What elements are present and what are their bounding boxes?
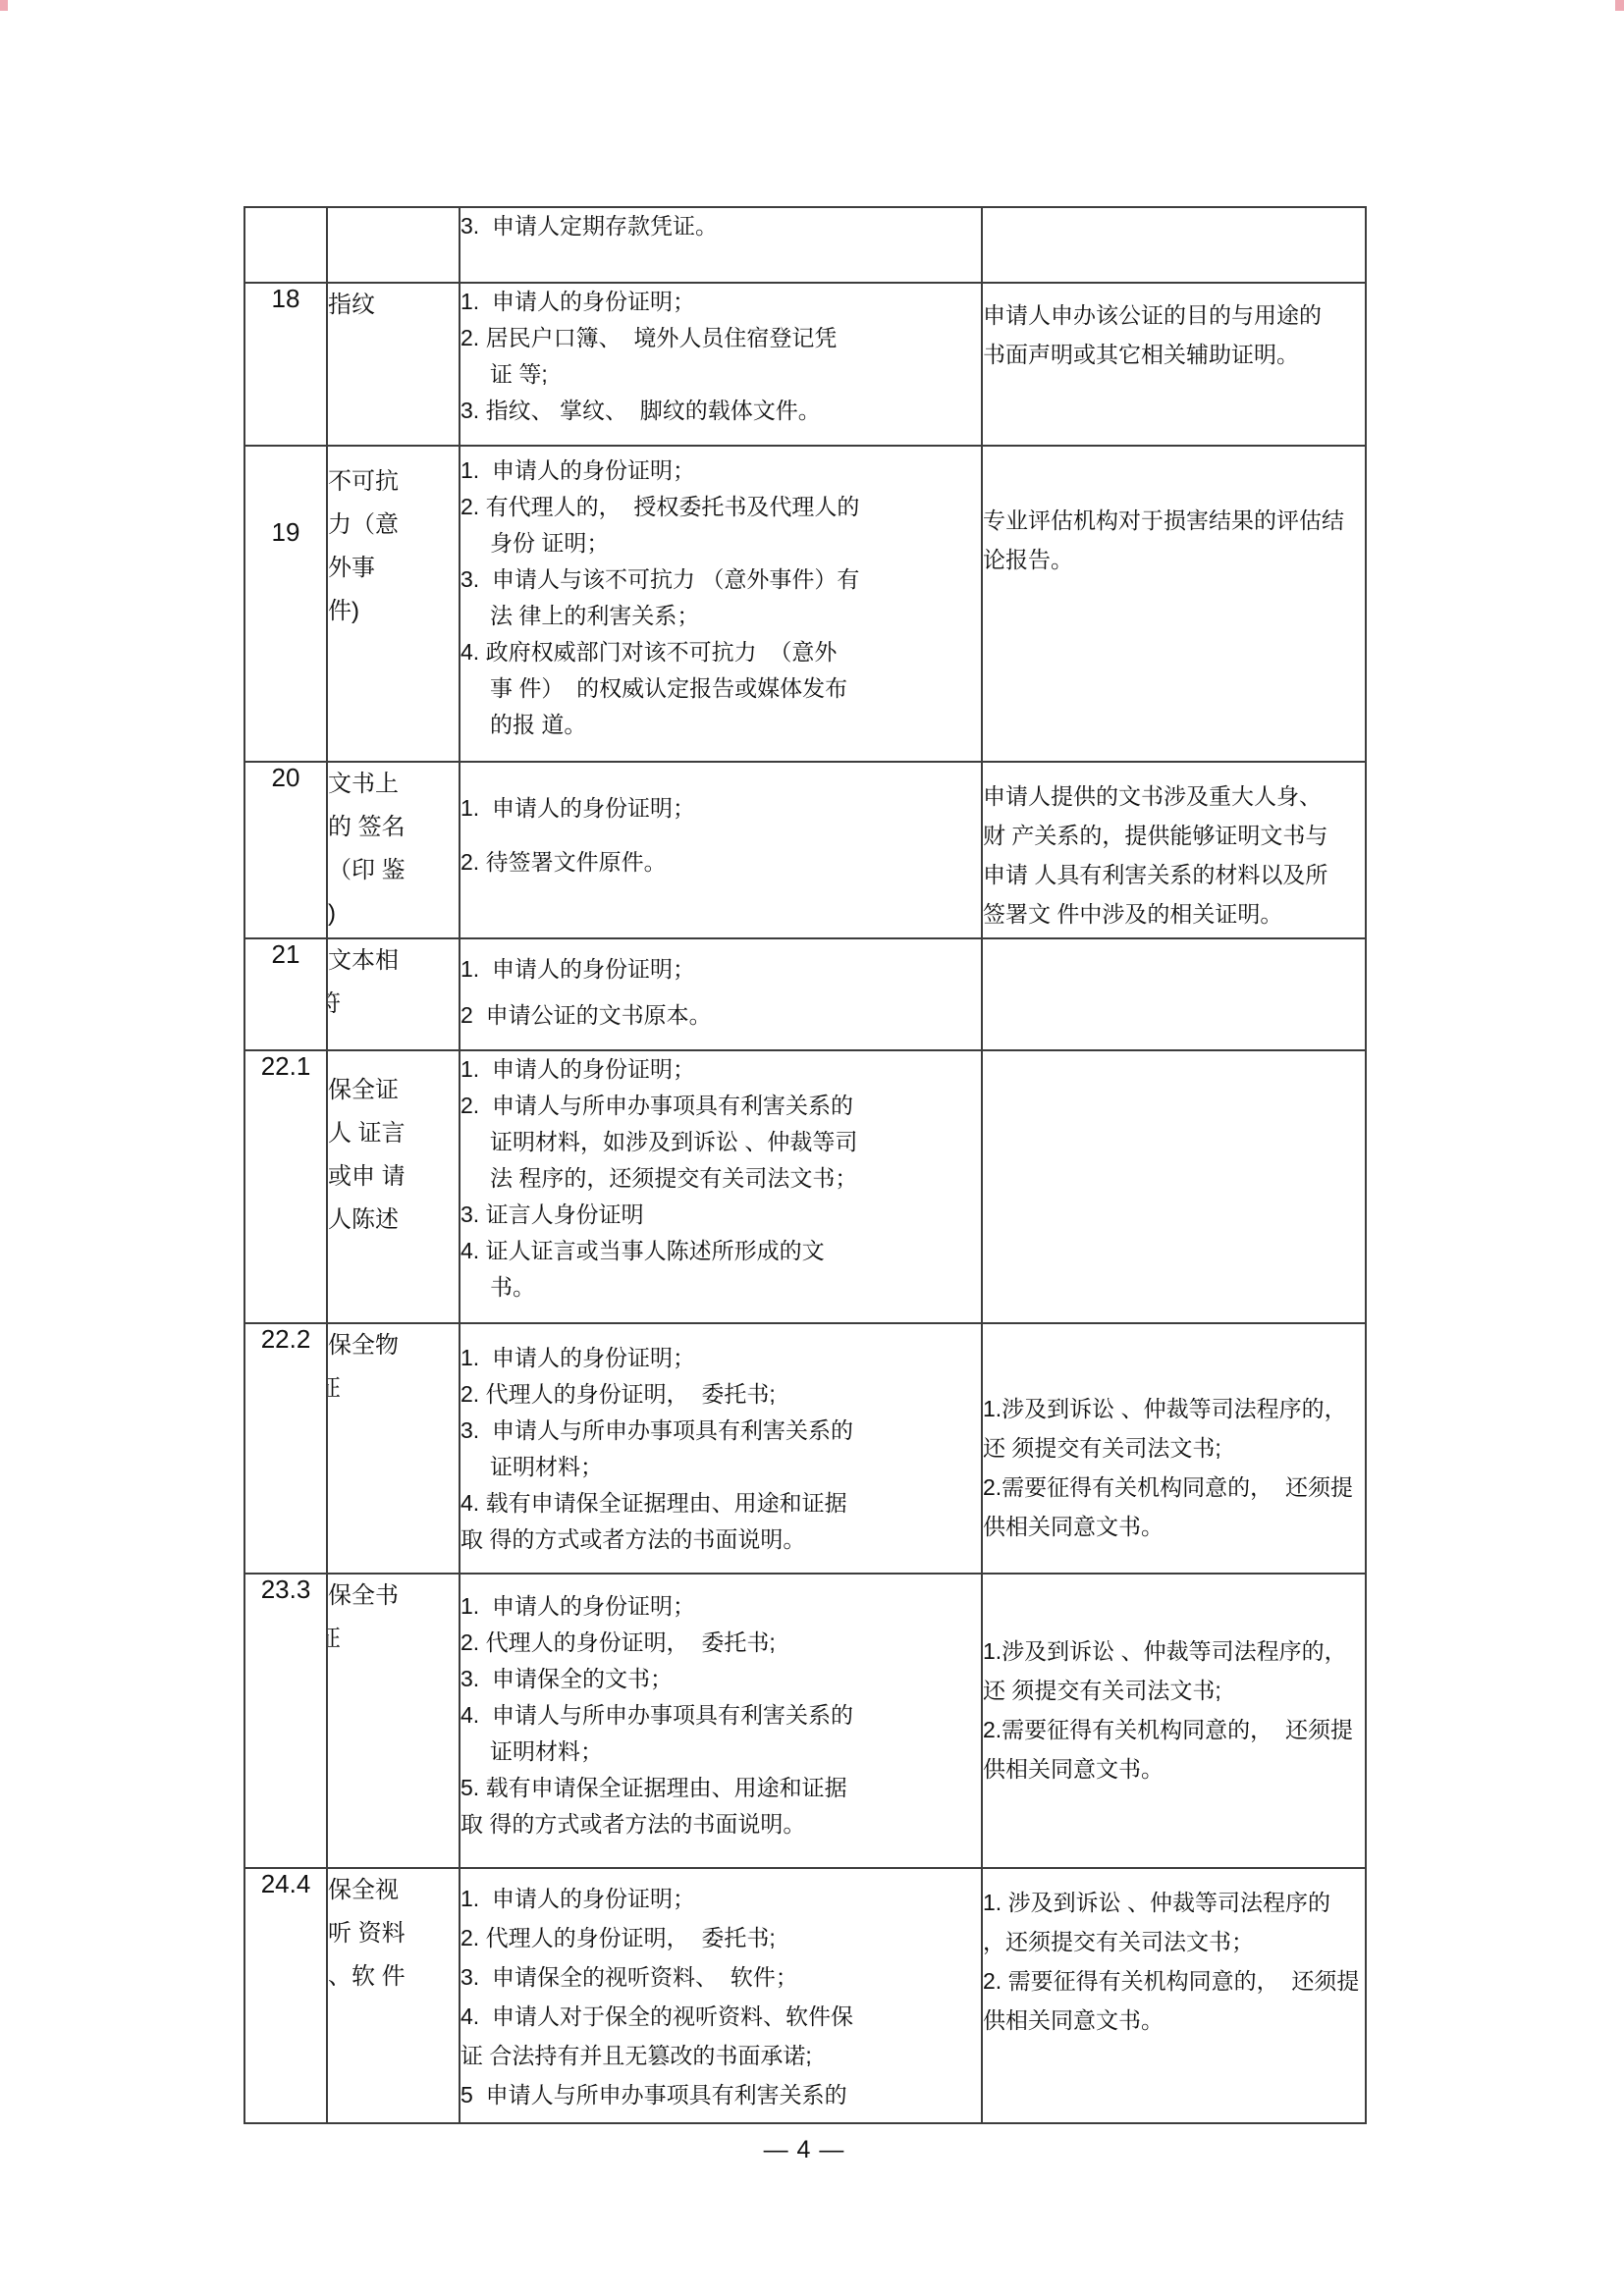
notes-cell: [982, 1050, 1366, 1323]
text-line: 证 合法持有并且无篡改的书面承诺;: [460, 2036, 981, 2075]
materials-list-item: 3. 申请保全的文书；: [460, 1661, 981, 1697]
text-line: 法 律上的利害关系；: [460, 598, 981, 634]
text-line: 1. 申请人的身份证明；: [460, 790, 981, 827]
notes-cell: [982, 938, 1366, 1050]
notes-cell: 申请人提供的文书涉及重大人身、财 产关系的，提供能够证明文书与申请 人具有利害关…: [982, 762, 1366, 938]
materials-list-item: 3. 申请保全的视听资料、 软件；: [460, 1957, 981, 1997]
item-name-line: 外事: [328, 547, 459, 590]
text-line: 2. 代理人的身份证明， 委托书;: [460, 1625, 981, 1661]
materials-list-item: 3. 申请人定期存款凭证。: [460, 208, 981, 244]
materials-list-item: 1. 申请人的身份证明；: [460, 1879, 981, 1918]
text-line: 的报 道。: [460, 707, 981, 743]
item-name-line: 保全视: [328, 1869, 459, 1912]
text-line: 申请 人具有利害关系的材料以及所: [983, 855, 1365, 894]
item-name-cell: 保全物证: [327, 1323, 460, 1574]
text-line: 3. 申请保全的文书；: [460, 1661, 981, 1697]
materials-list-item: 1. 申请人的身份证明；: [460, 1051, 981, 1088]
item-name-cell: 指纹: [327, 283, 460, 446]
text-line: 1. 申请人的身份证明；: [460, 1588, 981, 1625]
text-line: 书。: [460, 1269, 981, 1306]
row-number-cell: 18: [244, 283, 327, 446]
materials-list-item: 1. 申请人的身份证明；: [460, 284, 981, 320]
text-line: 证 等;: [460, 356, 981, 393]
materials-list-item: 2. 代理人的身份证明， 委托书;: [460, 1376, 981, 1413]
text-line: 法 程序的，还须提交有关司法文书；: [460, 1160, 981, 1197]
required-materials-cell: 1. 申请人的身份证明；2. 居民户口簿、 境外人员住宿登记凭证 等;3. 指纹…: [460, 283, 982, 446]
row-number-cell: 24.4: [244, 1868, 327, 2123]
item-name-cell: 保全书证: [327, 1574, 460, 1868]
text-line: 2. 申请人与所申办事项具有利害关系的: [460, 1088, 981, 1124]
materials-list-item: 2. 居民户口簿、 境外人员住宿登记凭证 等;: [460, 320, 981, 393]
text-line: 身份 证明；: [460, 525, 981, 561]
item-name-line: 件): [328, 590, 459, 633]
text-line: 2.需要征得有关机构同意的， 还须提: [983, 1468, 1365, 1507]
notes-cell: [982, 207, 1366, 283]
item-name-cell: 保全视听 资料、软 件: [327, 1868, 460, 2123]
required-materials-cell: 1. 申请人的身份证明；2. 申请人与所申办事项具有利害关系的证明材料，如涉及到…: [460, 1050, 982, 1323]
scan-artifact: [0, 0, 8, 11]
notes-cell: 1.涉及到诉讼 、仲裁等司法程序的，还 须提交有关司法文书;2.需要征得有关机构…: [982, 1323, 1366, 1574]
text-line: 还 须提交有关司法文书;: [983, 1671, 1365, 1710]
item-name-line: 的 签名: [328, 806, 459, 849]
text-line: 5. 载有申请保全证据理由、用途和证据: [460, 1770, 981, 1806]
text-line: 签署文 件中涉及的相关证明。: [983, 894, 1365, 934]
required-materials-cell: 3. 申请人定期存款凭证。: [460, 207, 982, 283]
item-name-line: 保全证: [328, 1069, 459, 1112]
materials-list-item: 1. 申请人的身份证明；: [460, 453, 981, 489]
text-line: 取 得的方式或者方法的书面说明。: [460, 1522, 981, 1558]
item-name-line: 保全物: [328, 1324, 459, 1367]
text-line: 供相关同意文书。: [983, 1749, 1365, 1789]
required-materials-cell: 1. 申请人的身份证明；2. 代理人的身份证明， 委托书;3. 申请保全的文书；…: [460, 1574, 982, 1868]
materials-list-item: 2 申请公证的文书原本。: [460, 997, 981, 1034]
text-line: 4. 申请人对于保全的视听资料、软件保: [460, 1997, 981, 2036]
item-name-cell: 保全证人 证言或申 请人陈述: [327, 1050, 460, 1323]
text-line: 事 件） 的权威认定报告或媒体发布: [460, 670, 981, 707]
text-line: 还 须提交有关司法文书;: [983, 1428, 1365, 1468]
text-line: 3. 申请保全的视听资料、 软件；: [460, 1957, 981, 1997]
notes-cell: 1. 涉及到诉讼 、仲裁等司法程序的，还须提交有关司法文书；2. 需要征得有关机…: [982, 1868, 1366, 2123]
text-line: 论报告。: [983, 540, 1365, 579]
materials-list-item: 4. 申请人对于保全的视听资料、软件保证 合法持有并且无篡改的书面承诺;: [460, 1997, 981, 2075]
required-materials-cell: 1. 申请人的身份证明；2. 代理人的身份证明， 委托书;3. 申请人与所申办事…: [460, 1323, 982, 1574]
item-name-line: 指纹: [328, 284, 459, 327]
text-line: 4. 证人证言或当事人陈述所形成的文: [460, 1233, 981, 1269]
table-row: 21文本相符1. 申请人的身份证明；2 申请公证的文书原本。: [244, 938, 1366, 1050]
text-line: 3. 指纹、 掌纹、 脚纹的载体文件。: [460, 393, 981, 429]
row-number-cell: 20: [244, 762, 327, 938]
table-row: 19不可抗力（意外事件)1. 申请人的身份证明；2. 有代理人的， 授权委托书及…: [244, 446, 1366, 762]
text-line: 财 产关系的，提供能够证明文书与: [983, 816, 1365, 855]
row-number-cell: [244, 207, 327, 283]
text-line: 2 申请公证的文书原本。: [460, 997, 981, 1034]
required-materials-cell: 1. 申请人的身份证明；2. 有代理人的， 授权委托书及代理人的身份 证明；3.…: [460, 446, 982, 762]
materials-list-item: 3. 申请人与所申办事项具有利害关系的证明材料；: [460, 1413, 981, 1485]
required-materials-cell: 1. 申请人的身份证明；2. 待签署文件原件。: [460, 762, 982, 938]
text-line: 4. 申请人与所申办事项具有利害关系的: [460, 1697, 981, 1734]
item-name-line: 听 资料: [328, 1912, 459, 1955]
text-line: 1. 申请人的身份证明；: [460, 284, 981, 320]
text-line: 4. 载有申请保全证据理由、用途和证据: [460, 1485, 981, 1522]
text-line: 供相关同意文书。: [983, 2001, 1365, 2040]
text-line: 2. 待签署文件原件。: [460, 844, 981, 881]
item-name-line: 符: [327, 983, 459, 1026]
item-name-cell: [327, 207, 460, 283]
text-line: 3. 申请人定期存款凭证。: [460, 208, 981, 244]
text-line: 1. 申请人的身份证明；: [460, 453, 981, 489]
item-name-cell: 不可抗力（意外事件): [327, 446, 460, 762]
row-number-cell: 19: [244, 446, 327, 762]
item-name-line: 人 证言: [328, 1112, 459, 1155]
materials-list-item: 4. 申请人与所申办事项具有利害关系的证明材料；: [460, 1697, 981, 1770]
required-materials-cell: 1. 申请人的身份证明；2. 代理人的身份证明， 委托书;3. 申请保全的视听资…: [460, 1868, 982, 2123]
item-name-line: （印 鉴: [328, 849, 459, 892]
materials-list-item: 1. 申请人的身份证明；: [460, 790, 981, 827]
text-line: 2.需要征得有关机构同意的， 还须提: [983, 1710, 1365, 1749]
materials-list-item: 1. 申请人的身份证明；: [460, 951, 981, 988]
text-line: 证明材料，如涉及到诉讼 、仲裁等司: [460, 1124, 981, 1160]
text-line: 4. 政府权威部门对该不可抗力 （意外: [460, 634, 981, 670]
page-number: — 4 —: [244, 2136, 1365, 2164]
text-line: 2. 有代理人的， 授权委托书及代理人的: [460, 489, 981, 525]
table-row: 22.2保全物证1. 申请人的身份证明；2. 代理人的身份证明， 委托书;3. …: [244, 1323, 1366, 1574]
item-name-line: 或申 请: [328, 1155, 459, 1199]
materials-list-item: 4. 载有申请保全证据理由、用途和证据取 得的方式或者方法的书面说明。: [460, 1485, 981, 1558]
item-name-cell: 文本相符: [327, 938, 460, 1050]
text-line: 1. 申请人的身份证明；: [460, 951, 981, 988]
text-line: ，还须提交有关司法文书；: [983, 1922, 1365, 1961]
text-line: 2. 需要征得有关机构同意的， 还须提: [983, 1961, 1365, 2001]
text-line: 2. 代理人的身份证明， 委托书;: [460, 1918, 981, 1957]
document-page: 3. 申请人定期存款凭证。18指纹1. 申请人的身份证明；2. 居民户口簿、 境…: [0, 0, 1624, 2296]
item-name-line: 不可抗: [328, 460, 459, 504]
materials-list-item: 3. 证言人身份证明: [460, 1197, 981, 1233]
item-name-line: 文本相: [328, 939, 459, 983]
materials-list-item: 5 申请人与所申办事项具有利害关系的: [460, 2075, 981, 2114]
materials-list-item: 4. 政府权威部门对该不可抗力 （意外事 件） 的权威认定报告或媒体发布的报 道…: [460, 634, 981, 743]
materials-list-item: 1. 申请人的身份证明；: [460, 1588, 981, 1625]
text-line: 1. 申请人的身份证明；: [460, 1879, 981, 1918]
table-row: 18指纹1. 申请人的身份证明；2. 居民户口簿、 境外人员住宿登记凭证 等;3…: [244, 283, 1366, 446]
materials-list-item: 5. 载有申请保全证据理由、用途和证据取 得的方式或者方法的书面说明。: [460, 1770, 981, 1842]
materials-list-item: 3. 申请人与该不可抗力 （意外事件）有法 律上的利害关系；: [460, 561, 981, 634]
text-line: 5 申请人与所申办事项具有利害关系的: [460, 2075, 981, 2114]
item-name-cell: 文书上的 签名（印 鉴): [327, 762, 460, 938]
text-line: 1. 涉及到诉讼 、仲裁等司法程序的: [983, 1883, 1365, 1922]
text-line: 证明材料；: [460, 1449, 981, 1485]
text-line: 取 得的方式或者方法的书面说明。: [460, 1806, 981, 1842]
notary-items-table-body: 3. 申请人定期存款凭证。18指纹1. 申请人的身份证明；2. 居民户口簿、 境…: [244, 207, 1366, 2123]
text-line: 专业评估机构对于损害结果的评估结: [983, 501, 1365, 540]
table-row: 3. 申请人定期存款凭证。: [244, 207, 1366, 283]
scan-artifact: [1615, 0, 1624, 11]
notes-cell: 申请人申办该公证的目的与用途的书面声明或其它相关辅助证明。: [982, 283, 1366, 446]
text-line: 书面声明或其它相关辅助证明。: [983, 335, 1365, 374]
text-line: 证明材料；: [460, 1734, 981, 1770]
text-line: 申请人申办该公证的目的与用途的: [983, 295, 1365, 335]
required-materials-cell: 1. 申请人的身份证明；2 申请公证的文书原本。: [460, 938, 982, 1050]
text-line: 2. 代理人的身份证明， 委托书;: [460, 1376, 981, 1413]
materials-list-item: 2. 有代理人的， 授权委托书及代理人的身份 证明；: [460, 489, 981, 561]
materials-list-item: 1. 申请人的身份证明；: [460, 1340, 981, 1376]
text-line: 1.涉及到诉讼 、仲裁等司法程序的，: [983, 1389, 1365, 1428]
materials-list-item: 3. 指纹、 掌纹、 脚纹的载体文件。: [460, 393, 981, 429]
text-line: 2. 居民户口簿、 境外人员住宿登记凭: [460, 320, 981, 356]
materials-list-item: 2. 待签署文件原件。: [460, 844, 981, 881]
row-number-cell: 22.1: [244, 1050, 327, 1323]
item-name-line: ): [328, 892, 459, 935]
table-row: 22.1保全证人 证言或申 请人陈述1. 申请人的身份证明；2. 申请人与所申办…: [244, 1050, 1366, 1323]
text-line: 1. 申请人的身份证明；: [460, 1051, 981, 1088]
table-row: 23.3保全书证1. 申请人的身份证明；2. 代理人的身份证明， 委托书;3. …: [244, 1574, 1366, 1868]
notes-cell: 专业评估机构对于损害结果的评估结论报告。: [982, 446, 1366, 762]
item-name-line: 保全书: [328, 1575, 459, 1618]
notary-items-table: 3. 申请人定期存款凭证。18指纹1. 申请人的身份证明；2. 居民户口簿、 境…: [244, 206, 1367, 2124]
table-row: 24.4保全视听 资料、软 件1. 申请人的身份证明；2. 代理人的身份证明， …: [244, 1868, 1366, 2123]
table-row: 20文书上的 签名（印 鉴)1. 申请人的身份证明；2. 待签署文件原件。申请人…: [244, 762, 1366, 938]
text-line: 1. 申请人的身份证明；: [460, 1340, 981, 1376]
text-line: 3. 证言人身份证明: [460, 1197, 981, 1233]
item-name-line: 文书上: [328, 763, 459, 806]
item-name-line: 人陈述: [328, 1199, 459, 1242]
row-number-cell: 22.2: [244, 1323, 327, 1574]
item-name-line: 、软 件: [328, 1955, 459, 1999]
item-name-line: 证: [327, 1367, 459, 1411]
text-line: 3. 申请人与所申办事项具有利害关系的: [460, 1413, 981, 1449]
materials-list-item: 4. 证人证言或当事人陈述所形成的文书。: [460, 1233, 981, 1306]
text-line: 申请人提供的文书涉及重大人身、: [983, 776, 1365, 816]
materials-list-item: 2. 代理人的身份证明， 委托书;: [460, 1918, 981, 1957]
text-line: 1.涉及到诉讼 、仲裁等司法程序的，: [983, 1631, 1365, 1671]
item-name-line: 证: [327, 1618, 459, 1661]
item-name-line: 力（意: [328, 504, 459, 547]
materials-list-item: 2. 代理人的身份证明， 委托书;: [460, 1625, 981, 1661]
row-number-cell: 21: [244, 938, 327, 1050]
notes-cell: 1.涉及到诉讼 、仲裁等司法程序的，还 须提交有关司法文书;2.需要征得有关机构…: [982, 1574, 1366, 1868]
text-line: 供相关同意文书。: [983, 1507, 1365, 1546]
text-line: 3. 申请人与该不可抗力 （意外事件）有: [460, 561, 981, 598]
row-number-cell: 23.3: [244, 1574, 327, 1868]
materials-list-item: 2. 申请人与所申办事项具有利害关系的证明材料，如涉及到诉讼 、仲裁等司法 程序…: [460, 1088, 981, 1197]
